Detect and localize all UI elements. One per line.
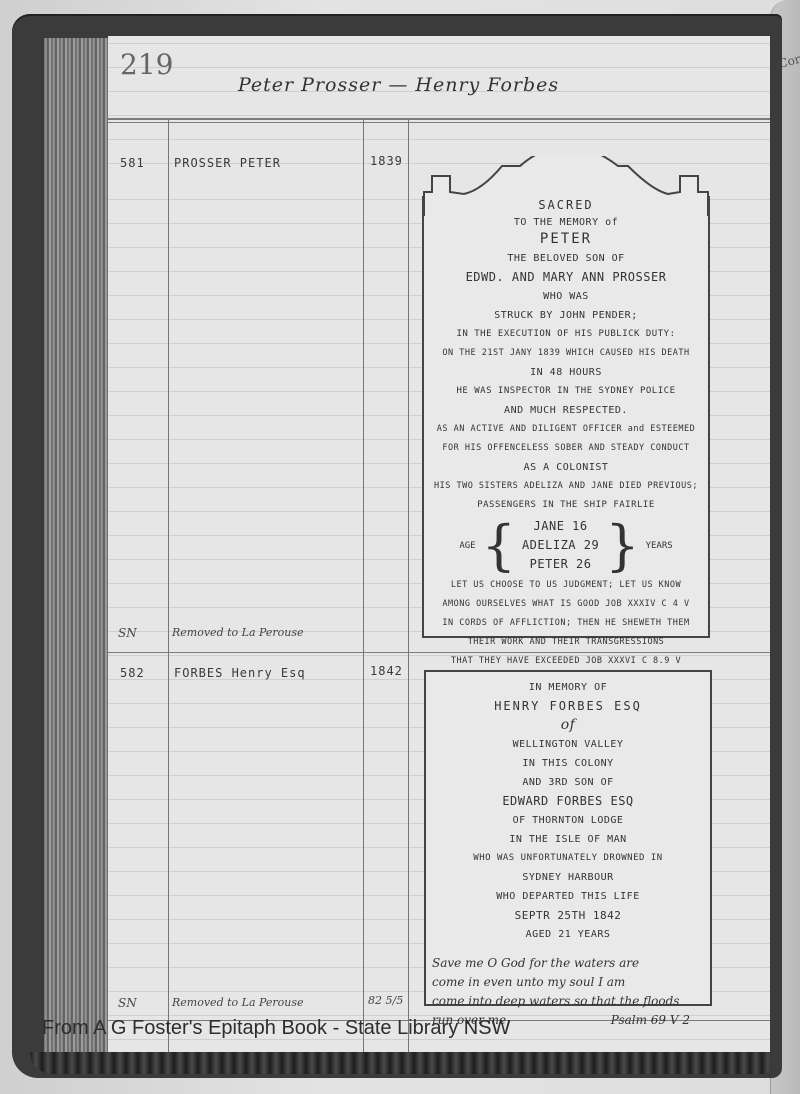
psalm-reference: Psalm 69 V 2: [611, 1011, 690, 1030]
book-bottom-edge: [30, 1052, 770, 1074]
column-divider-1: [168, 120, 169, 1056]
epitaph-line: HE WAS INSPECTOR IN THE SYDNEY POLICE: [424, 382, 708, 401]
epitaph-line: ON THE 21ST JANY 1839 WHICH CAUSED HIS D…: [424, 344, 708, 363]
epitaph-line: WHO DEPARTED THIS LIFE: [426, 887, 710, 906]
age-jane: JANE 16: [522, 517, 599, 536]
ages-label: AGE: [459, 541, 475, 551]
ages-suffix: YEARS: [646, 541, 673, 551]
column-divider-3: [408, 120, 409, 1056]
page-edges: [44, 38, 110, 1052]
entry-year: 1839: [370, 154, 403, 168]
epitaph-line: of: [426, 716, 710, 735]
age-peter: PETER 26: [522, 555, 599, 574]
entry-note-code: SN: [118, 626, 137, 640]
epitaph-line: HIS TWO SISTERS ADELIZA AND JANE DIED PR…: [424, 477, 708, 496]
ages-block: AGE { JANE 16 ADELIZA 29 PETER 26 } YEAR…: [424, 517, 708, 574]
header-rule: [108, 118, 770, 120]
epitaph-line: THE BELOVED SON OF: [424, 249, 708, 268]
epitaph-line: AS A COLONIST: [424, 458, 708, 477]
epitaph-line: IN THE ISLE OF MAN: [426, 830, 710, 849]
epitaph-line: IN 48 HOURS: [424, 363, 708, 382]
entry-note-value: 82 5/5: [368, 994, 403, 1007]
page-number: 219: [120, 48, 173, 81]
scripture-line: LET US CHOOSE TO US JUDGMENT; LET US KNO…: [424, 576, 708, 595]
headstone-henry-forbes: IN MEMORY OF HENRY FORBES ESQ of WELLING…: [424, 670, 712, 1006]
epitaph-line: TO THE MEMORY of: [424, 215, 708, 230]
epitaph-line: AS AN ACTIVE AND DILIGENT OFFICER and ES…: [424, 420, 708, 439]
epitaph-line: IN MEMORY OF: [426, 678, 710, 697]
psalm-line: come in even unto my soul I am: [432, 973, 710, 992]
epitaph-line: FOR HIS OFFENCELESS SOBER AND STEADY CON…: [424, 439, 708, 458]
epitaph-line: STRUCK BY JOHN PENDER;: [424, 306, 708, 325]
scripture-line: IN CORDS OF AFFLICTION; THEN HE SHEWETH …: [424, 614, 708, 633]
scripture-line: THEIR WORK AND THEIR TRANSGRESSIONS: [424, 633, 708, 652]
column-divider-2: [363, 120, 364, 1056]
headstone-peter-prosser: SACRED TO THE MEMORY of PETER THE BELOVE…: [422, 196, 710, 638]
epitaph-line: SACRED: [424, 196, 708, 215]
psalm-line: Save me O God for the waters are: [432, 954, 710, 973]
right-brace-icon: }: [605, 519, 639, 573]
epitaph-line: EDWD. AND MARY ANN PROSSER: [424, 268, 708, 287]
entry-name: PROSSER PETER: [174, 156, 281, 170]
epitaph-line: EDWARD FORBES ESQ: [426, 792, 710, 811]
epitaph-line: WHO WAS UNFORTUNATELY DROWNED IN: [426, 849, 710, 868]
entry-note-code: SN: [118, 996, 137, 1010]
epitaph-line: WELLINGTON VALLEY: [426, 735, 710, 754]
epitaph-line: OF THORNTON LODGE: [426, 811, 710, 830]
source-credit: From A G Foster's Epitaph Book - State L…: [42, 1017, 510, 1040]
entry-name: FORBES Henry Esq: [174, 666, 306, 680]
entry-year: 1842: [370, 664, 403, 678]
epitaph-line: SEPTR 25TH 1842: [426, 906, 710, 925]
page-title: Peter Prosser — Henry Forbes: [238, 74, 559, 96]
epitaph-line: WHO WAS: [424, 287, 708, 306]
epitaph-line: PASSENGERS IN THE SHIP FAIRLIE: [424, 496, 708, 515]
epitaph-line: PETER: [424, 230, 708, 249]
entry-note: Removed to La Perouse: [172, 626, 304, 639]
epitaph-line: IN THIS COLONY: [426, 754, 710, 773]
epitaph-line: SYDNEY HARBOUR: [426, 868, 710, 887]
entry-number: 582: [120, 666, 145, 680]
entry-note: Removed to La Perouse: [172, 996, 304, 1009]
header-rule-thin: [108, 122, 770, 123]
entry-number: 581: [120, 156, 145, 170]
left-brace-icon: {: [482, 519, 516, 573]
epitaph-line: AND 3RD SON OF: [426, 773, 710, 792]
epitaph-line: AGED 21 YEARS: [426, 925, 710, 944]
epitaph-line: IN THE EXECUTION OF HIS PUBLICK DUTY:: [424, 325, 708, 344]
register-page: 219 Peter Prosser — Henry Forbes 581 PRO…: [108, 36, 770, 1056]
epitaph-line: HENRY FORBES ESQ: [426, 697, 710, 716]
age-adeliza: ADELIZA 29: [522, 536, 599, 555]
epitaph-line: AND MUCH RESPECTED.: [424, 401, 708, 420]
scripture-line: AMONG OURSELVES WHAT IS GOOD JOB XXXIV C…: [424, 595, 708, 614]
scripture-line: THAT THEY HAVE EXCEEDED JOB XXXVI C 8.9 …: [424, 652, 708, 671]
psalm-line: come into deep waters so that the floods: [432, 992, 710, 1011]
